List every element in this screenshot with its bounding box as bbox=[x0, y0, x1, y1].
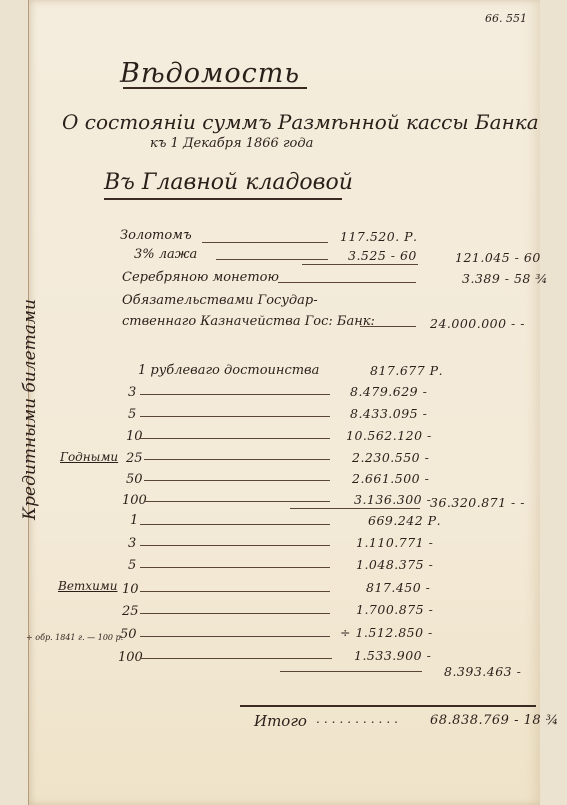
worn-row-1-denom: 1 bbox=[130, 513, 138, 528]
credit-notes-side-label: Кредитными билетами bbox=[20, 299, 40, 520]
old-group-label: Годными bbox=[60, 450, 118, 464]
worn-row-10-denom: 10 bbox=[122, 582, 139, 597]
worn-row-50-amount: ÷ 1.512.850 - bbox=[340, 625, 433, 640]
old-header-text: 1 рублеваго достоинства bbox=[138, 363, 319, 378]
page-number: 66. 551 bbox=[485, 12, 527, 25]
section-underline bbox=[104, 198, 342, 200]
date-line: къ 1 Декабря 1866 года bbox=[150, 136, 313, 151]
grand-total-amount: 68.838.769 - 18 ¾ bbox=[430, 713, 559, 728]
worn-group-label: Ветхими bbox=[58, 579, 117, 593]
leader-line bbox=[216, 259, 328, 260]
old-row-5-amount: 8.433.095 - bbox=[350, 406, 427, 421]
worn-group-subtotal: 8.393.463 - bbox=[444, 664, 521, 679]
worn-row-3-amount: 1.110.771 - bbox=[356, 535, 433, 550]
old-row-5-denom: 5 bbox=[128, 407, 136, 422]
old-row-100-amount: 3.136.300 - bbox=[354, 492, 431, 507]
row-agio-label: 3% лажа bbox=[134, 247, 197, 262]
old-row-50-amount: 2.661.500 - bbox=[352, 471, 429, 486]
worn-row-1-amount: 669.242 Р. bbox=[368, 513, 441, 528]
row-gold-amount: 117.520. Р. bbox=[340, 229, 418, 244]
old-row-3-denom: 3 bbox=[128, 385, 136, 400]
worn-row-3-denom: 3 bbox=[128, 536, 136, 551]
old-row-1-amount: 817.677 Р. bbox=[370, 363, 443, 378]
worn-row-5-amount: 1.048.375 - bbox=[356, 557, 433, 572]
row-silver-label: Серебряною монетою bbox=[122, 270, 279, 285]
grand-total-leader: ........... bbox=[316, 712, 402, 726]
grand-total-rule bbox=[240, 705, 536, 707]
grand-total-label: Итого bbox=[254, 712, 307, 730]
row-obligations-total: 24.000.000 - - bbox=[430, 316, 525, 331]
row-agio-amount: 3.525 - 60 bbox=[348, 248, 417, 263]
leader-line bbox=[140, 438, 330, 439]
leader-line bbox=[140, 416, 330, 417]
right-mount-border bbox=[540, 0, 567, 805]
leader-line bbox=[140, 567, 330, 568]
leader-line bbox=[144, 501, 330, 502]
leader-line bbox=[140, 394, 330, 395]
old-group-subtotal: 36.320.871 - - bbox=[430, 495, 525, 510]
row-agio-total: 121.045 - 60 bbox=[455, 250, 541, 265]
worn-row-25-denom: 25 bbox=[122, 604, 139, 619]
old-row-3-amount: 8.479.629 - bbox=[350, 384, 427, 399]
title-underline bbox=[123, 87, 307, 89]
worn-row-25-amount: 1.700.875 - bbox=[356, 602, 433, 617]
row-gold-label: Золотомъ bbox=[120, 228, 192, 243]
leader-line bbox=[140, 613, 330, 614]
row-silver-total: 3.389 - 58 ¾ bbox=[462, 271, 548, 286]
document-subtitle: О состояніи суммъ Размѣнной кассы Банка bbox=[62, 110, 539, 134]
worn-footnote: ÷ обр. 1841 г. — 100 р. bbox=[26, 633, 123, 642]
row-obligations-label-2: ственнаго Казначейства Гос: Банк: bbox=[122, 314, 375, 329]
worn-row-5-denom: 5 bbox=[128, 558, 136, 573]
leader-line bbox=[140, 545, 330, 546]
old-row-50-denom: 50 bbox=[126, 472, 143, 487]
leader-line bbox=[144, 480, 330, 481]
leader-line bbox=[140, 658, 332, 659]
leader-line bbox=[140, 636, 330, 637]
sum-rule bbox=[280, 671, 422, 672]
old-row-10-denom: 10 bbox=[126, 429, 143, 444]
document-title: Вѣдомость bbox=[120, 58, 300, 89]
section-heading: Въ Главной кладовой bbox=[104, 170, 353, 195]
sum-rule bbox=[290, 508, 420, 509]
leader-line bbox=[140, 591, 330, 592]
old-row-10-amount: 10.562.120 - bbox=[346, 428, 432, 443]
old-row-25-amount: 2.230.550 - bbox=[352, 450, 429, 465]
worn-row-100-amount: 1.533.900 - bbox=[354, 648, 431, 663]
worn-row-10-amount: 817.450 - bbox=[366, 580, 430, 595]
sum-rule bbox=[302, 264, 418, 265]
leader-line bbox=[202, 242, 328, 243]
leader-line bbox=[278, 282, 416, 283]
row-obligations-label-1: Обязательствами Государ- bbox=[122, 293, 318, 308]
leader-line bbox=[360, 326, 416, 327]
old-row-25-denom: 25 bbox=[126, 451, 143, 466]
leader-line bbox=[144, 459, 330, 460]
worn-row-50-denom: 50 bbox=[120, 627, 137, 642]
leader-line bbox=[140, 524, 330, 525]
